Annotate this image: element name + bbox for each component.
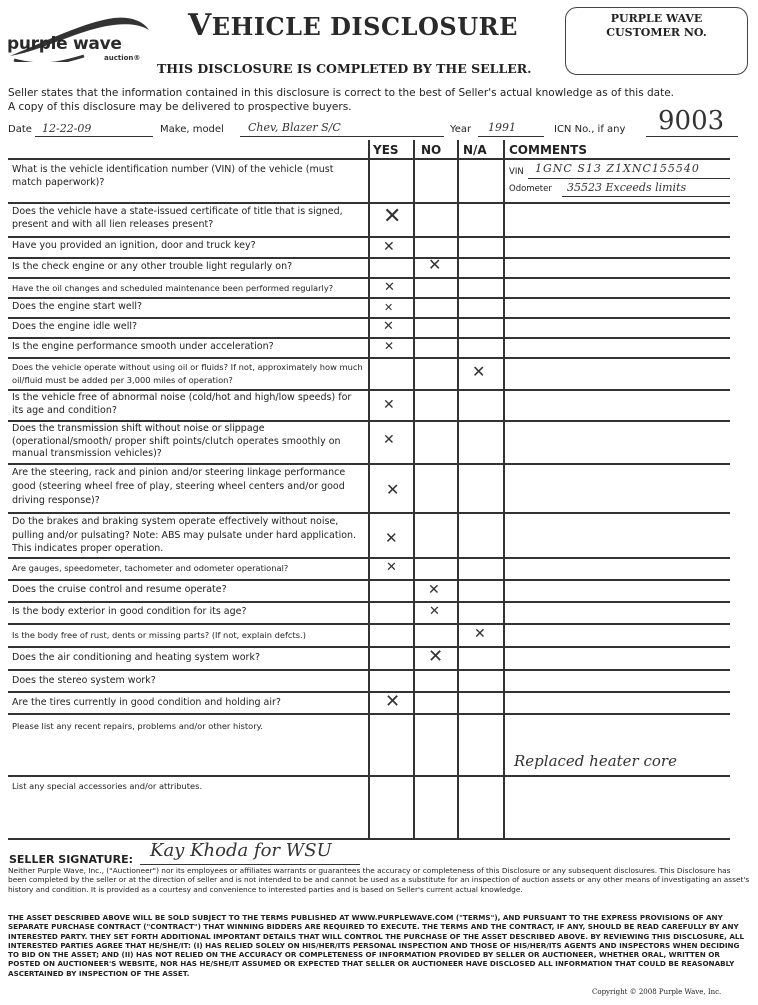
vin-label: VIN [509, 167, 524, 177]
row-divider [8, 257, 730, 259]
vin-field[interactable] [528, 178, 730, 179]
row-divider [8, 512, 730, 514]
question-repairs: Please list any recent repairs, problems… [12, 720, 364, 733]
row-divider [8, 713, 730, 715]
make-model-value: Chev, Blazer S/C [248, 121, 341, 134]
row-divider [8, 337, 730, 339]
seller-signature-value: Kay Khoda for WSU [150, 840, 332, 861]
col-divider [368, 140, 370, 838]
odometer-field[interactable] [562, 196, 730, 197]
vehicle-info-fields: Date 12-22-09 Make, model Chev, Blazer S… [8, 120, 753, 140]
col-divider [457, 140, 459, 838]
seller-signature-label: SELLER SIGNATURE: [9, 853, 133, 866]
logo-text: purple wave [7, 34, 122, 54]
check-mark-icon[interactable]: ✕ [472, 364, 485, 380]
check-mark-icon[interactable]: ✕ [474, 626, 486, 642]
row-divider [8, 389, 730, 391]
vin-value: 1GNC S13 Z1XNC155540 [535, 162, 700, 175]
question-vin: What is the vehicle identification numbe… [12, 164, 364, 189]
question-gauges: Are gauges, speedometer, tachometer and … [12, 562, 364, 575]
check-mark-icon[interactable]: ✕ [383, 239, 395, 255]
intro-statement: Seller states that the information conta… [8, 86, 753, 114]
row-divider [8, 775, 730, 777]
question-title: Does the vehicle have a state-issued cer… [12, 206, 364, 231]
year-value: 1991 [488, 121, 516, 134]
row-divider [8, 463, 730, 465]
copyright-notice: Copyright © 2008 Purple Wave, Inc. [592, 988, 721, 996]
make-model-field[interactable] [240, 136, 444, 137]
col-divider [413, 140, 415, 838]
column-header-na: N/A [463, 143, 487, 157]
question-body-rust: Is the body free of rust, dents or missi… [12, 629, 364, 642]
question-steering: Are the steering, rack and pinion and/or… [12, 466, 364, 508]
year-label: Year [450, 124, 471, 135]
check-mark-icon[interactable]: ✕ [384, 280, 395, 296]
check-mark-icon[interactable]: ✕ [383, 432, 395, 448]
icn-value: 9003 [658, 106, 724, 136]
column-header-no: NO [421, 143, 441, 157]
date-value: 12-22-09 [42, 122, 91, 135]
check-mark-icon[interactable]: ✕ [428, 257, 441, 273]
check-mark-icon[interactable]: ✕ [383, 397, 395, 413]
row-divider [8, 601, 730, 603]
check-mark-icon[interactable]: ✕ [385, 530, 398, 546]
row-divider [8, 579, 730, 581]
icn-label: ICN No., if any [554, 124, 625, 135]
row-divider [8, 838, 730, 840]
date-label: Date [8, 124, 32, 135]
customer-number-label: PURPLE WAVE CUSTOMER NO. [566, 12, 747, 40]
check-mark-icon[interactable]: ✕ [383, 319, 394, 335]
question-body-exterior: Is the body exterior in good condition f… [12, 606, 364, 619]
row-divider [8, 420, 730, 422]
question-noise: Is the vehicle free of abnormal noise (c… [12, 392, 364, 417]
question-check-engine: Is the check engine or any other trouble… [12, 261, 364, 274]
question-fluids: Does the vehicle operate without using o… [12, 361, 364, 387]
column-header-comments: COMMENTS [509, 143, 587, 157]
row-divider [8, 691, 730, 693]
row-divider [8, 277, 730, 279]
check-mark-icon[interactable]: ✕ [383, 209, 401, 225]
question-transmission: Does the transmission shift without nois… [12, 423, 364, 461]
question-keys: Have you provided an ignition, door and … [12, 240, 364, 253]
question-tires: Are the tires currently in good conditio… [12, 697, 364, 710]
question-air-conditioning: Does the air conditioning and heating sy… [12, 652, 364, 665]
check-mark-icon[interactable]: ✕ [428, 582, 440, 598]
question-accessories: List any special accessories and/or attr… [12, 780, 364, 793]
icn-field[interactable] [646, 136, 738, 137]
date-field[interactable] [35, 136, 153, 137]
row-divider [8, 357, 730, 359]
row-divider [8, 623, 730, 625]
check-mark-icon[interactable]: ✕ [384, 338, 394, 354]
check-mark-icon[interactable]: ✕ [386, 560, 397, 576]
row-divider [8, 557, 730, 559]
disclaimer-text: Neither Purple Wave, Inc., ("Auctioneer"… [8, 866, 750, 894]
make-model-label: Make, model [160, 124, 224, 135]
row-divider [8, 646, 730, 648]
odometer-label: Odometer [509, 184, 552, 194]
odometer-value: 35523 Exceeds limits [567, 181, 686, 194]
seller-signature-field[interactable] [140, 864, 360, 865]
column-header-yes: YES [373, 143, 399, 157]
question-engine-start: Does the engine start well? [12, 301, 364, 314]
purple-wave-logo: purple wave auction® [4, 12, 154, 62]
question-cruise-control: Does the cruise control and resume opera… [12, 584, 364, 597]
check-mark-icon[interactable]: ✕ [386, 482, 399, 498]
row-divider [8, 297, 730, 299]
question-brakes: Do the brakes and braking system operate… [12, 515, 364, 556]
row-divider [8, 669, 730, 671]
check-mark-icon[interactable]: ✕ [428, 649, 443, 665]
check-mark-icon[interactable]: ✕ [384, 300, 393, 316]
question-oil-changes: Have the oil changes and scheduled maint… [12, 282, 364, 295]
accessories-comment-field[interactable] [503, 734, 730, 774]
check-mark-icon[interactable]: ✕ [385, 694, 400, 710]
row-divider [8, 236, 730, 238]
question-acceleration: Is the engine performance smooth under a… [12, 341, 364, 354]
question-stereo: Does the stereo system work? [12, 675, 364, 688]
legal-terms-text: THE ASSET DESCRIBED ABOVE WILL BE SOLD S… [8, 913, 750, 978]
page-title: VEHICLE DISCLOSURE [188, 8, 518, 43]
page-subtitle: THIS DISCLOSURE IS COMPLETED BY THE SELL… [157, 61, 532, 76]
customer-number-box[interactable]: PURPLE WAVE CUSTOMER NO. [565, 7, 748, 75]
row-divider [8, 158, 730, 160]
logo-subtext: auction® [104, 54, 140, 62]
check-mark-icon[interactable]: ✕ [429, 604, 440, 620]
row-divider [8, 202, 730, 204]
question-engine-idle: Does the engine idle well? [12, 321, 364, 334]
row-divider [8, 317, 730, 319]
year-field[interactable] [478, 136, 544, 137]
